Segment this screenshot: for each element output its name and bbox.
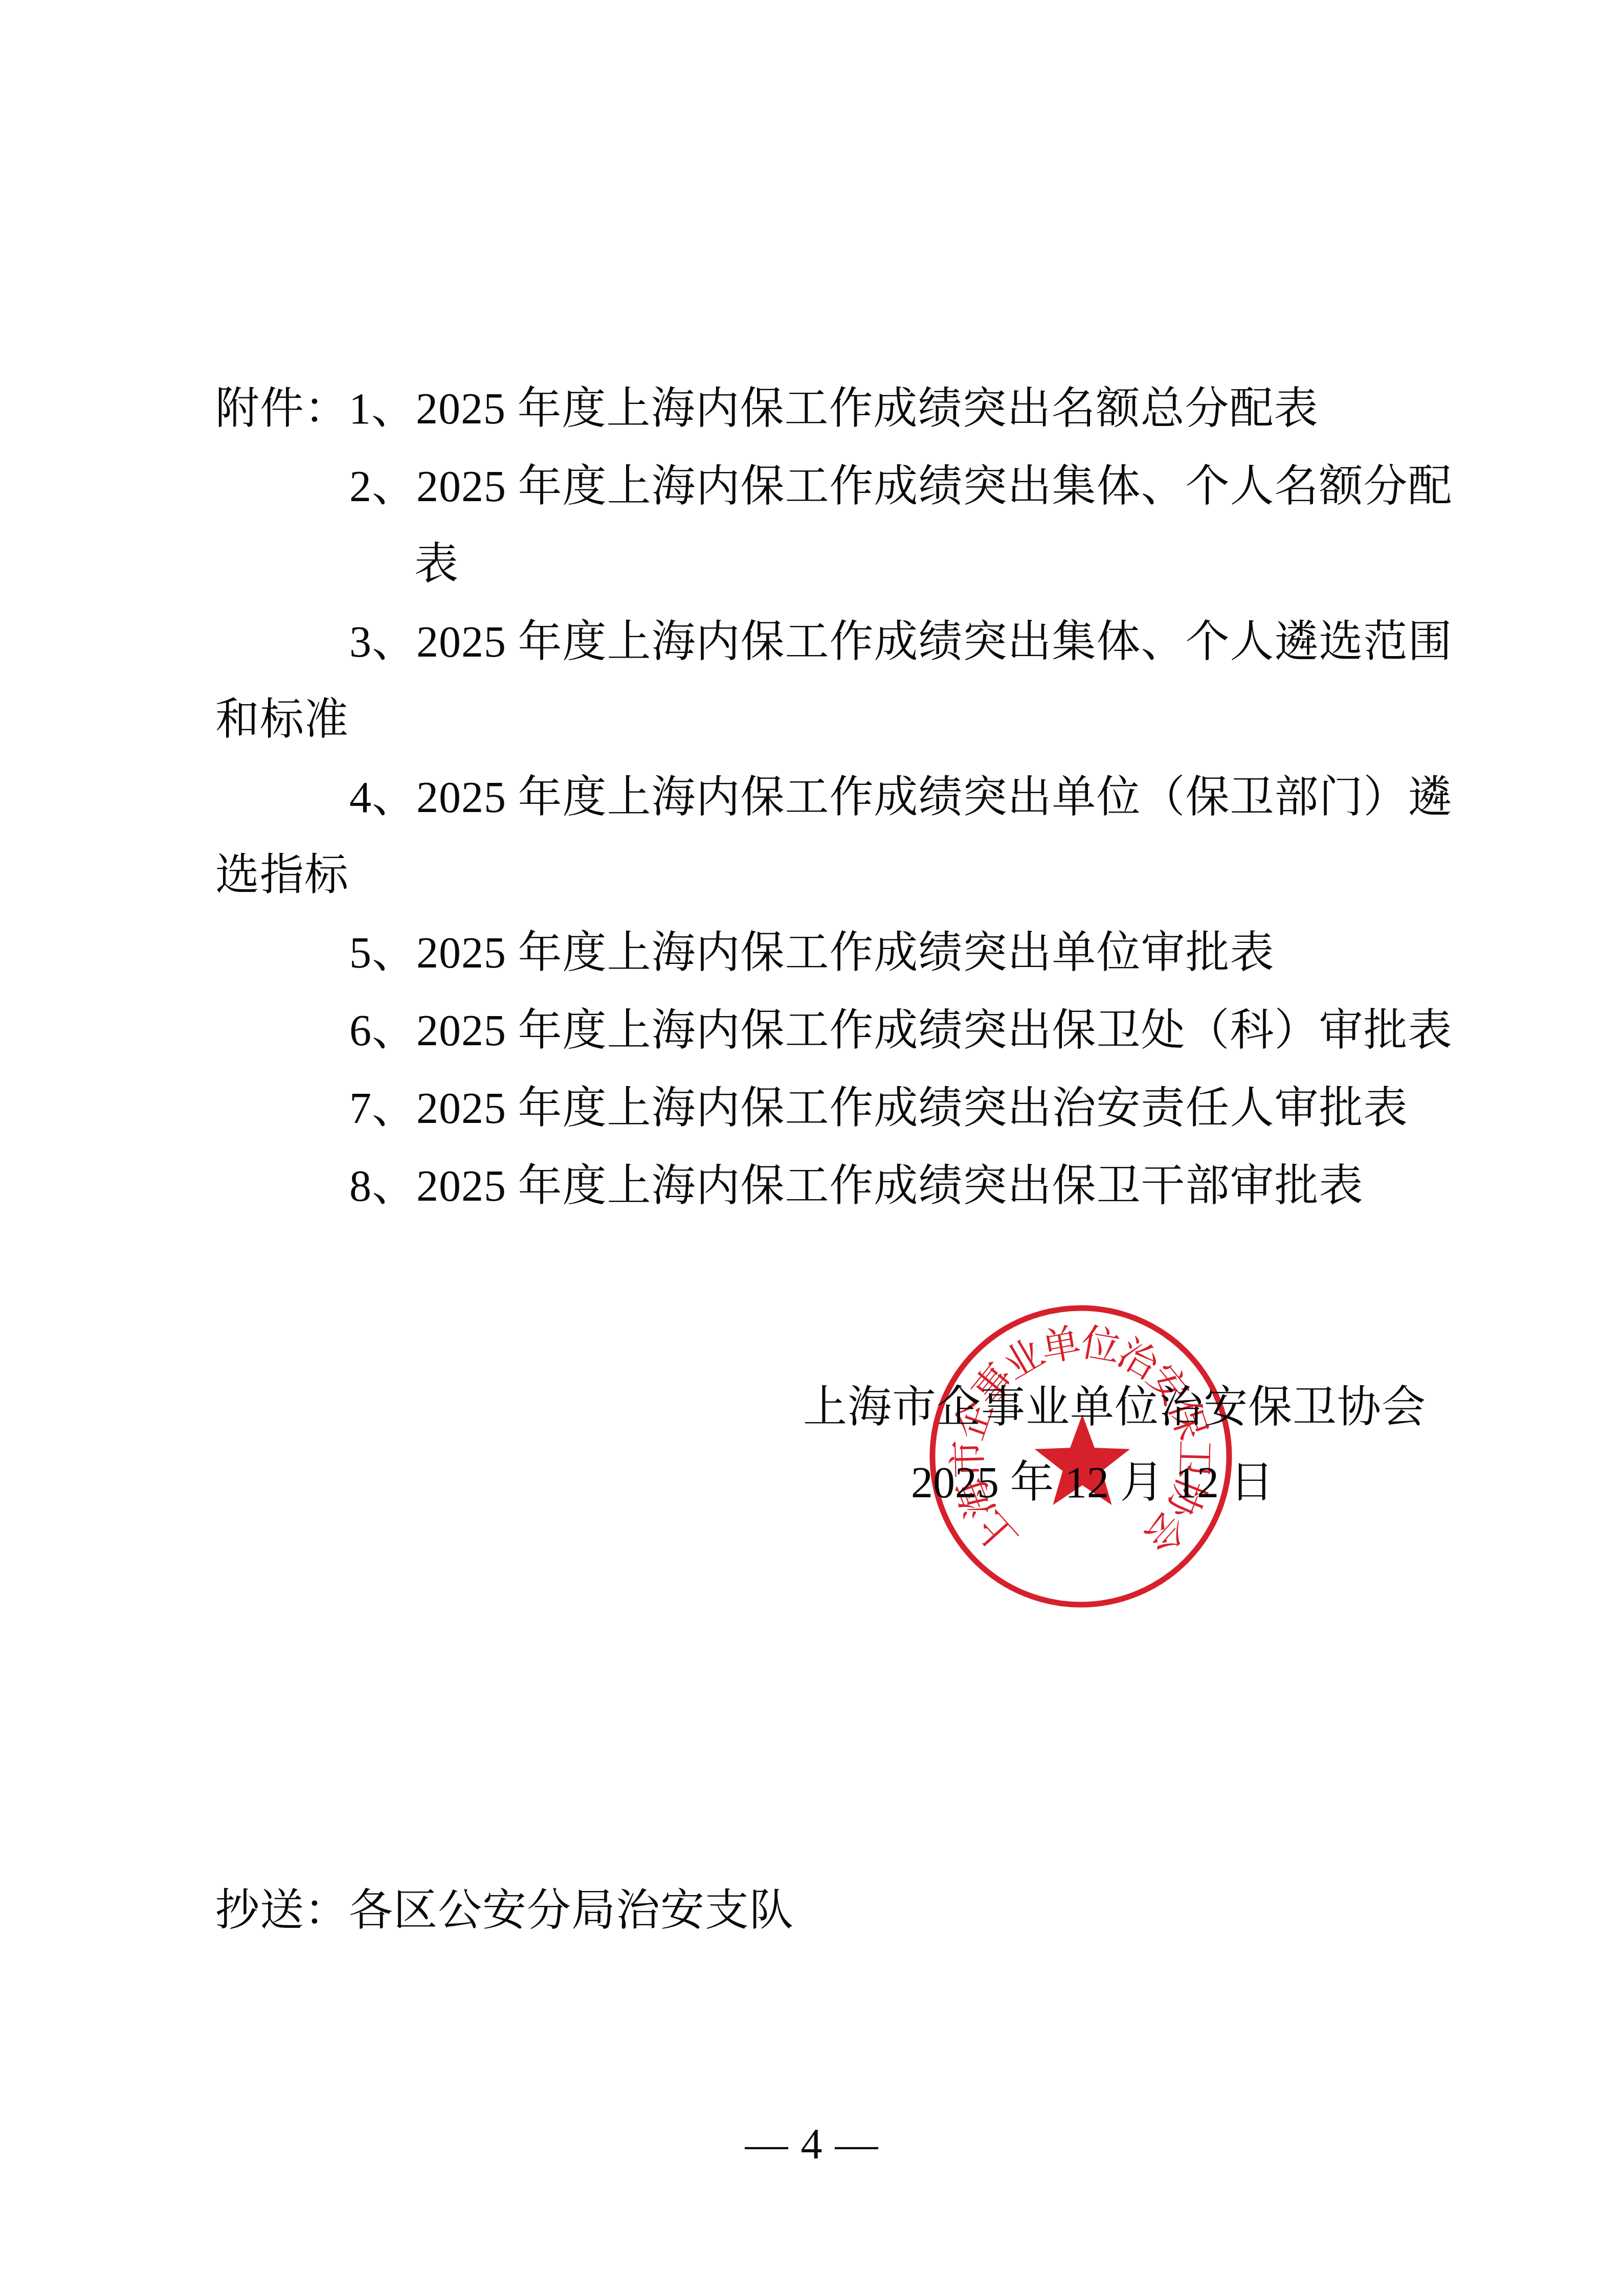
attachment-line: 2、2025 年度上海内保工作成绩突出集体、个人名额分配 (215, 447, 1453, 525)
official-seal-stamp: 上海市企事业单位治安保卫协会 (902, 1277, 1260, 1635)
attachment-line: 6、2025 年度上海内保工作成绩突出保卫处（科）审批表 (215, 992, 1453, 1069)
attachment-list: 附件：1、2025 年度上海内保工作成绩突出名额总分配表 2、2025 年度上海… (215, 370, 1453, 1225)
document-page: 附件：1、2025 年度上海内保工作成绩突出名额总分配表 2、2025 年度上海… (0, 0, 1624, 2296)
attachment-line-continuation: 选指标 (215, 836, 1453, 914)
attachment-line: 附件：1、2025 年度上海内保工作成绩突出名额总分配表 (215, 370, 1453, 447)
cc-line: 抄送：各区公安分局治安支队 (215, 1886, 794, 1935)
attachment-line: 4、2025 年度上海内保工作成绩突出单位（保卫部门）遴 (215, 758, 1453, 836)
attachment-line: 8、2025 年度上海内保工作成绩突出保卫干部审批表 (215, 1147, 1453, 1225)
attachment-line: 5、2025 年度上海内保工作成绩突出单位审批表 (215, 914, 1453, 992)
page-number: — 4 — (0, 2121, 1624, 2168)
attachment-line: 3、2025 年度上海内保工作成绩突出集体、个人遴选范围 (215, 603, 1453, 681)
attachment-line-continuation: 表 (215, 525, 1453, 603)
attachment-line-continuation: 和标准 (215, 681, 1453, 758)
seal-arc-text: 上海市企事业单位治安保卫协会 (902, 1277, 1260, 1635)
attachment-line: 7、2025 年度上海内保工作成绩突出治安责任人审批表 (215, 1069, 1453, 1147)
